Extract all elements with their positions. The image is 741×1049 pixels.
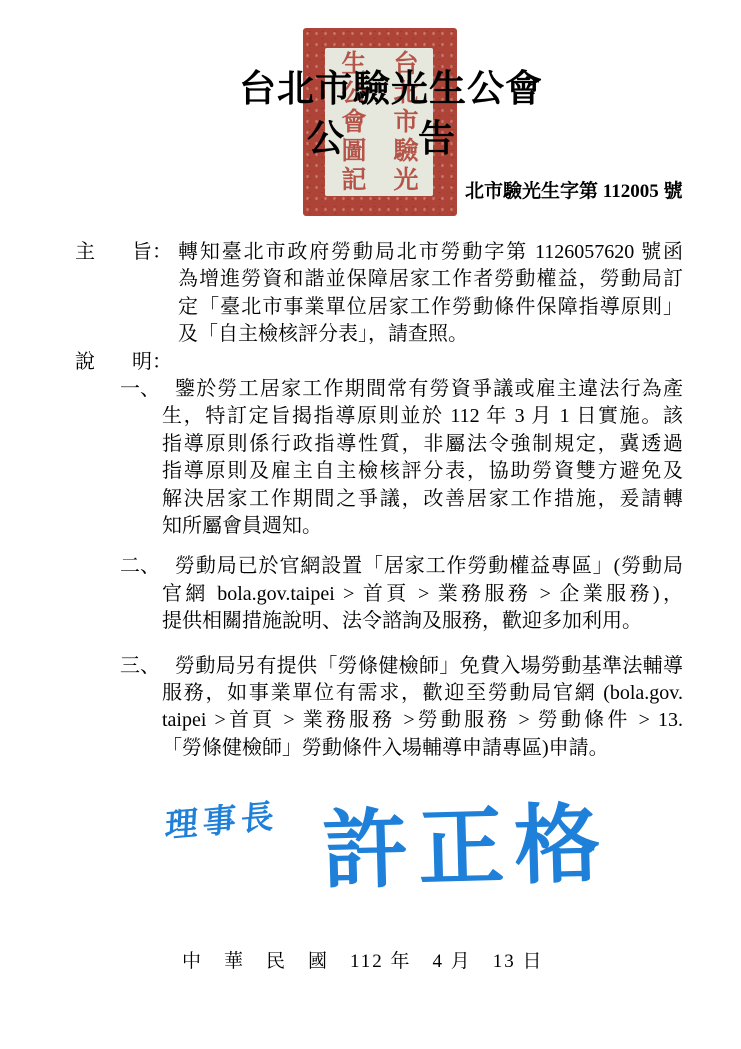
explanation-label-key2: 明：: [132, 349, 172, 376]
reference-number: 北市驗光生字第 112005 號: [465, 176, 682, 203]
subject-text: 轉知臺北市政府勞動局北市勞動字第 1126057620 號函 為增進勞資和諧並保…: [178, 239, 683, 349]
item-marker: 二、: [120, 553, 162, 580]
subject-section: 主 旨： 轉知臺北市政府勞動局北市勞動字第 1126057620 號函 為增進勞…: [75, 239, 683, 349]
item-line: taipei >首頁 > 業務服務 >勞動服務 > 勞動條件 > 13.: [162, 707, 683, 734]
item-line: 勞動局另有提供「勞條健檢師」免費入場勞動基準法輔導: [162, 653, 683, 680]
item-line: 服務，如事業單位有需求，歡迎至勞動局官網 (bola.gov.: [162, 680, 683, 707]
item-line: 「勞條健檢師」勞動條件入場輔導申請專區)申請。: [162, 735, 683, 762]
item-text: 勞動局另有提供「勞條健檢師」免費入場勞動基準法輔導 服務，如事業單位有需求，歡迎…: [162, 653, 683, 763]
list-item-2: 二、 勞動局已於官網設置「居家工作勞動權益專區」(勞動局 官網 bola.gov…: [120, 553, 683, 635]
subject-line: 為增進勞資和諧並保障居家工作者勞動權益，勞動局訂: [178, 266, 683, 293]
item-line: 解決居家工作期間之爭議，改善居家工作措施，爰請轉: [162, 486, 683, 513]
item-text: 勞動局已於官網設置「居家工作勞動權益專區」(勞動局 官網 bola.gov.ta…: [162, 553, 683, 635]
subject-line: 轉知臺北市政府勞動局北市勞動字第 1126057620 號函: [178, 239, 683, 266]
explanation-label-key1: 說: [75, 349, 95, 376]
item-line: 鑒於勞工居家工作期間常有勞資爭議或雇主違法行為產: [162, 376, 683, 403]
item-line: 官網 bola.gov.taipei > 首頁 > 業務服務 > 企業服務)，: [162, 581, 683, 608]
explanation-section: 說 明：: [75, 349, 683, 376]
item-line: 知所屬會員週知。: [162, 513, 683, 540]
explanation-label: 說 明：: [75, 349, 172, 376]
item-line: 提供相關措施說明、法令諮詢及服務，歡迎多加利用。: [162, 608, 683, 635]
item-marker: 一、: [120, 376, 162, 403]
item-line: 指導原則係行政指導性質，非屬法令強制規定，冀透過: [162, 431, 683, 458]
explanation-items: 一、 鑒於勞工居家工作期間常有勞資爭議或雇主違法行為產 生，特訂定旨揭指導原則並…: [120, 376, 683, 762]
list-item-1: 一、 鑒於勞工居家工作期間常有勞資爭議或雇主違法行為產 生，特訂定旨揭指導原則並…: [120, 376, 683, 540]
item-line: 勞動局已於官網設置「居家工作勞動權益專區」(勞動局: [162, 553, 683, 580]
subject-line: 定「臺北市事業單位居家工作勞動條件保障指導原則」: [178, 294, 683, 321]
chairman-signature: 許正格: [320, 774, 611, 905]
subject-line: 及「自主檢核評分表」，請查照。: [178, 321, 683, 348]
list-item-3: 三、 勞動局另有提供「勞條健檢師」免費入場勞動基準法輔導 服務，如事業單位有需求…: [120, 653, 683, 763]
signature-role-title: 理事長: [164, 790, 280, 847]
item-marker: 三、: [120, 653, 162, 680]
subject-label: 主 旨：: [75, 239, 172, 266]
subject-label-key2: 旨：: [132, 239, 172, 266]
item-text: 鑒於勞工居家工作期間常有勞資爭議或雇主違法行為產 生，特訂定旨揭指導原則並於 1…: [162, 376, 683, 540]
subject-label-key1: 主: [75, 239, 95, 266]
announcement-document: 台北市驗光生公會圖記 台北市驗光生公會 公 告 北市驗光生字第 112005 號…: [0, 0, 741, 1049]
item-line: 生，特訂定旨揭指導原則並於 112 年 3 月 1 日實施。該: [162, 403, 683, 430]
page-title: 台北市驗光生公會: [239, 58, 543, 112]
announcement-heading: 公 告: [307, 108, 455, 162]
document-date: 中 華 民 國 112 年 4 月 13 日: [182, 946, 544, 973]
item-line: 指導原則及雇主自主檢核評分表，協助勞資雙方避免及: [162, 458, 683, 485]
